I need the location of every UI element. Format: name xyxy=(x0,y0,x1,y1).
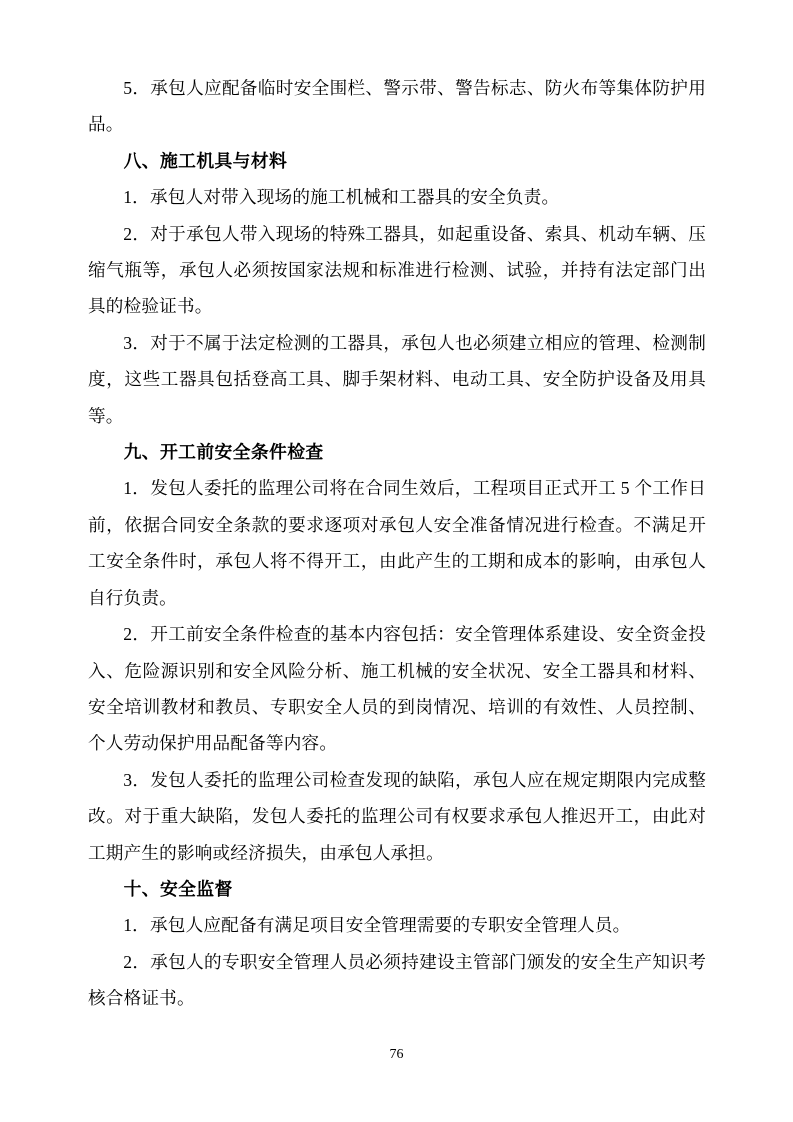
document-page: 5．承包人应配备临时安全围栏、警示带、警告标志、防火布等集体防护用品。 八、施工… xyxy=(0,0,793,1122)
paragraph-9-item-2: 2．开工前安全条件检查的基本内容包括：安全管理体系建设、安全资金投入、危险源识别… xyxy=(88,616,706,762)
document-body: 5．承包人应配备临时安全围栏、警示带、警告标志、防火布等集体防护用品。 八、施工… xyxy=(88,70,706,1017)
section-heading-8-construction-tools-materials: 八、施工机具与材料 xyxy=(88,143,706,179)
paragraph-10-item-1: 1．承包人应配备有满足项目安全管理需要的专职安全管理人员。 xyxy=(88,907,706,943)
paragraph-9-item-3: 3．发包人委托的监理公司检查发现的缺陷，承包人应在规定期限内完成整改。对于重大缺… xyxy=(88,762,706,871)
paragraph-8-item-1: 1．承包人对带入现场的施工机械和工器具的安全负责。 xyxy=(88,179,706,215)
section-heading-10-safety-supervision: 十、安全监督 xyxy=(88,871,706,907)
paragraph-9-item-1: 1．发包人委托的监理公司将在合同生效后，工程项目正式开工 5 个工作日前，依据合… xyxy=(88,470,706,616)
paragraph-8-item-3: 3．对于不属于法定检测的工器具，承包人也必须建立相应的管理、检测制度，这些工器具… xyxy=(88,325,706,434)
section-heading-9-pre-construction-safety-check: 九、开工前安全条件检查 xyxy=(88,434,706,470)
paragraph-8-item-2: 2．对于承包人带入现场的特殊工器具，如起重设备、索具、机动车辆、压缩气瓶等，承包… xyxy=(88,216,706,325)
paragraph-item-5-collective-protection: 5．承包人应配备临时安全围栏、警示带、警告标志、防火布等集体防护用品。 xyxy=(88,70,706,143)
page-number: 76 xyxy=(0,1046,793,1064)
paragraph-10-item-2: 2．承包人的专职安全管理人员必须持建设主管部门颁发的安全生产知识考核合格证书。 xyxy=(88,944,706,1017)
